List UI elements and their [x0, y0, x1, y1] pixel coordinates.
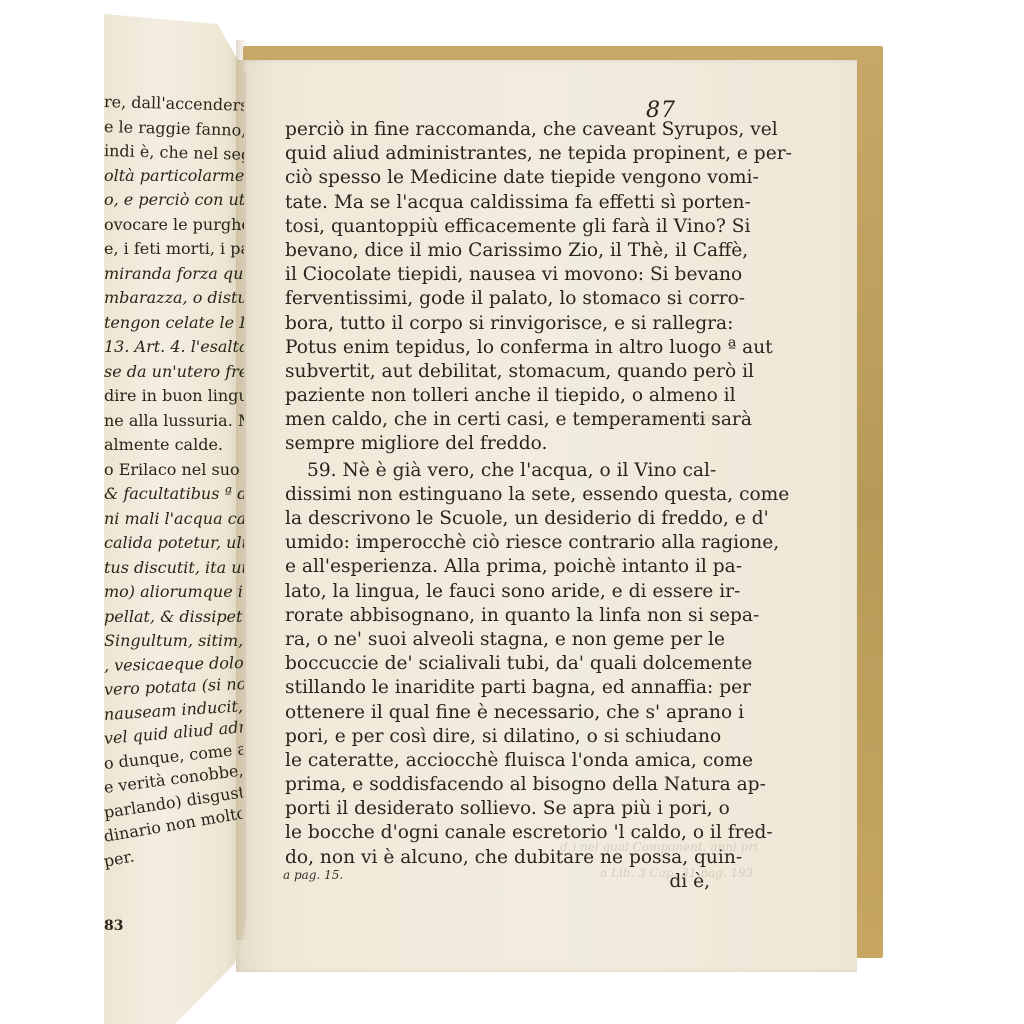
text-line: e le raggie fanno, e tali effetti,: [104, 115, 244, 143]
text-line: oltà particolarmente d'un. pi-: [104, 164, 244, 189]
text-line: umido: imperocchè ciò riesce contrario a…: [285, 531, 710, 555]
text-line: calida potetur, ultra quas di-: [104, 531, 244, 556]
text-line: perciò in fine raccomanda, che caveant S…: [285, 118, 710, 142]
text-line: le cateratte, acciocchè fluisca l'onda a…: [285, 749, 710, 773]
text-line: bevano, dice il mio Carissimo Zio, il Th…: [285, 239, 710, 263]
footnote: a pag. 15.: [283, 868, 343, 882]
show-through-text: a Lib. 3 Cap. 31 pag. 193: [600, 866, 753, 880]
text-line: 13. Art. 4. l'esalta per to-: [104, 335, 244, 360]
text-line: ottenere il qual fine è necessario, che …: [285, 701, 710, 725]
text-line: boccuccie de' scialivali tubi, da' quali…: [285, 652, 710, 676]
show-through-text: d.) nel qual Component. anni pri: [560, 840, 758, 854]
text-line: mbarazza, o disturba le parti,: [104, 286, 244, 311]
text-line: & facultatibus ª dopo avere: [104, 482, 244, 507]
text-line: o, e perciò con utile prestissi: [104, 188, 244, 213]
text-line: porti il desiderato sollievo. Se apra pi…: [285, 797, 710, 821]
text-line: o Erilaco nel suo Trattato: [104, 458, 244, 483]
text-line: ciò spesso le Medicine date tiepide veng…: [285, 166, 710, 190]
text-line: rorate abbisognano, in quanto la linfa n…: [285, 604, 710, 628]
text-line: lato, la lingua, le fauci sono aride, e …: [285, 580, 710, 604]
text-line: mo) aliorumque intestinorum: [104, 580, 244, 605]
text-line: ne alla lussuria. Ma tornia-: [104, 409, 244, 434]
text-line: prima, e soddisfacendo al bisogno della …: [285, 773, 710, 797]
right-page-text: perciò in fine raccomanda, che caveant S…: [285, 118, 710, 894]
text-line: e, i feti morti, i parti diff.: [104, 237, 244, 262]
text-line: ni mali l'acqua calda, sog-: [104, 507, 244, 532]
text-line: bora, tutto il corpo si rinvigorisce, e …: [285, 312, 710, 336]
text-line: dire in buon linguaggio,: [104, 384, 244, 409]
text-line: dissimi non estinguano la sete, essendo …: [285, 483, 710, 507]
text-line: il Ciocolate tiepidi, nausea vi movono: …: [285, 263, 710, 287]
text-line: tosi, quantoppiù efficacemente gli farà …: [285, 215, 710, 239]
text-line: e all'esperienza. Alla prima, poichè int…: [285, 555, 710, 579]
text-line: 59. Nè è già vero, che l'acqua, o il Vin…: [285, 459, 710, 483]
text-line: re, dall'accendersi fo[r]temente al: [104, 90, 244, 118]
text-line: sempre migliore del freddo.: [285, 432, 710, 456]
text-line: ovocare le purghe, e i lu,: [104, 213, 244, 238]
left-page-text: re, dall'accendersi fo[r]temente ale le …: [104, 90, 244, 874]
text-line: pellat, & dissipet inflationes, in: [104, 605, 244, 630]
text-line: Potus enim tepidus, lo conferma in altro…: [285, 336, 710, 360]
text-line: miranda forza quanto di for-: [104, 262, 244, 287]
text-line: ra, o ne' suoi alveoli stagna, e non gem…: [285, 628, 710, 652]
text-line: la descrivono le Scuole, un desiderio di…: [285, 507, 710, 531]
text-line: tus discutit, ita ut cbolicos: [104, 556, 244, 581]
text-line: se da un'utero freddo, ed umi-: [104, 360, 244, 385]
text-line: tate. Ma se l'acqua caldissima fa effett…: [285, 191, 710, 215]
text-line: pori, e per così dire, si dilatino, o si…: [285, 725, 710, 749]
left-page-number-fragment: 83: [104, 918, 123, 934]
show-through-text: ca rovocare le Doni: [600, 410, 718, 424]
text-line: stillando le inaridite parti bagna, ed a…: [285, 676, 710, 700]
text-line: Singultum, sitim, & tussim: [104, 629, 244, 654]
text-line: tengon celate le Donne, e fi: [104, 311, 244, 336]
text-line: almente calde.: [104, 433, 244, 458]
text-line: quid aliud administrantes, ne tepida pro…: [285, 142, 710, 166]
text-line: paziente non tolleri anche il tiepido, o…: [285, 384, 710, 408]
text-line: ferventissimi, gode il palato, lo stomac…: [285, 287, 710, 311]
text-line: subvertit, aut debilitat, stomacum, quan…: [285, 360, 710, 384]
